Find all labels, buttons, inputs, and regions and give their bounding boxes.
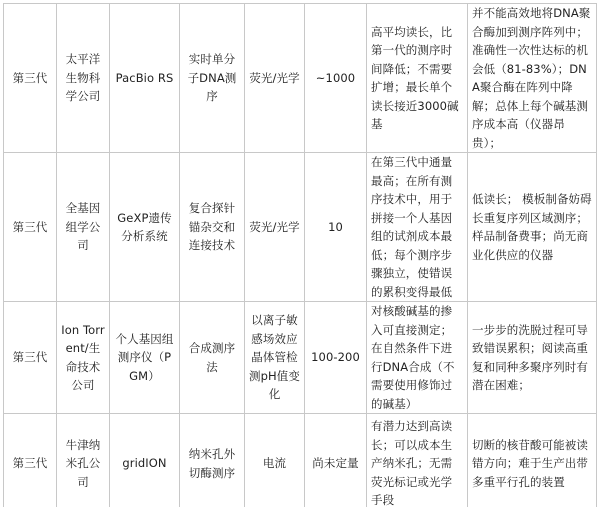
disadvantages-cell: 一步步的洗脱过程可导致错误累积；阅读高重复和同种多聚序列时有潜在困难； [468,302,597,414]
table-row: 第三代 牛津纳米孔公司 gridION 纳米孔外切酶测序 电流 尚未定量 有潜力… [4,414,597,507]
platform-cell: GeXP遗传分析系统 [110,153,180,302]
read-length-cell: 10 [305,153,367,302]
company-cell: 太平洋生物科学公司 [57,4,110,153]
generation-cell: 第三代 [4,414,57,507]
principle-cell: 合成测序法 [180,302,245,414]
read-length-cell: ~1000 [305,4,367,153]
detection-cell: 荧光/光学 [245,153,305,302]
principle-cell: 复合探针锚杂交和连接技术 [180,153,245,302]
detection-cell: 以离子敏感场效应晶体管检测pH值变化 [245,302,305,414]
platform-cell: gridION [110,414,180,507]
detection-cell: 荧光/光学 [245,4,305,153]
read-length-cell: 尚未定量 [305,414,367,507]
advantages-cell: 在第三代中通量最高；在所有测序技术中，用于拼接一个人基因组的试剂成本最低；每个测… [367,153,468,302]
generation-cell: 第三代 [4,4,57,153]
advantages-cell: 高平均读长，比第一代的测序时间降低；不需要扩增；最长单个读长接近3000碱基 [367,4,468,153]
platform-cell: 个人基因组测序仪（PGM） [110,302,180,414]
table-row: 第三代 全基因组学公司 GeXP遗传分析系统 复合探针锚杂交和连接技术 荧光/光… [4,153,597,302]
disadvantages-cell: 低读长； 模板制备妨碍长重复序列区域测序；样品制备费事；尚无商业化供应的仪器 [468,153,597,302]
company-cell: Ion Torrent/生命技术公司 [57,302,110,414]
table-row: 第三代 太平洋生物科学公司 PacBio RS 实时单分子DNA测序 荧光/光学… [4,4,597,153]
generation-cell: 第三代 [4,302,57,414]
platform-cell: PacBio RS [110,4,180,153]
principle-cell: 实时单分子DNA测序 [180,4,245,153]
detection-cell: 电流 [245,414,305,507]
principle-cell: 纳米孔外切酶测序 [180,414,245,507]
advantages-cell: 对核酸碱基的掺入可直接测定；在自然条件下进行DNA合成（不需要使用修饰过的碱基） [367,302,468,414]
company-cell: 全基因组学公司 [57,153,110,302]
company-cell: 牛津纳米孔公司 [57,414,110,507]
advantages-cell: 有潜力达到高读长；可以成本生产纳米孔；无需荧光标记或光学手段 [367,414,468,507]
disadvantages-cell: 切断的核苷酸可能被读错方向；难于生产出带多重平行孔的装置 [468,414,597,507]
read-length-cell: 100-200 [305,302,367,414]
sequencing-technology-table: 第三代 太平洋生物科学公司 PacBio RS 实时单分子DNA测序 荧光/光学… [3,3,597,507]
disadvantages-cell: 并不能高效地将DNA聚合酶加到测序阵列中；准确性一次性达标的机会低（81-83%… [468,4,597,153]
generation-cell: 第三代 [4,153,57,302]
table-row: 第三代 Ion Torrent/生命技术公司 个人基因组测序仪（PGM） 合成测… [4,302,597,414]
